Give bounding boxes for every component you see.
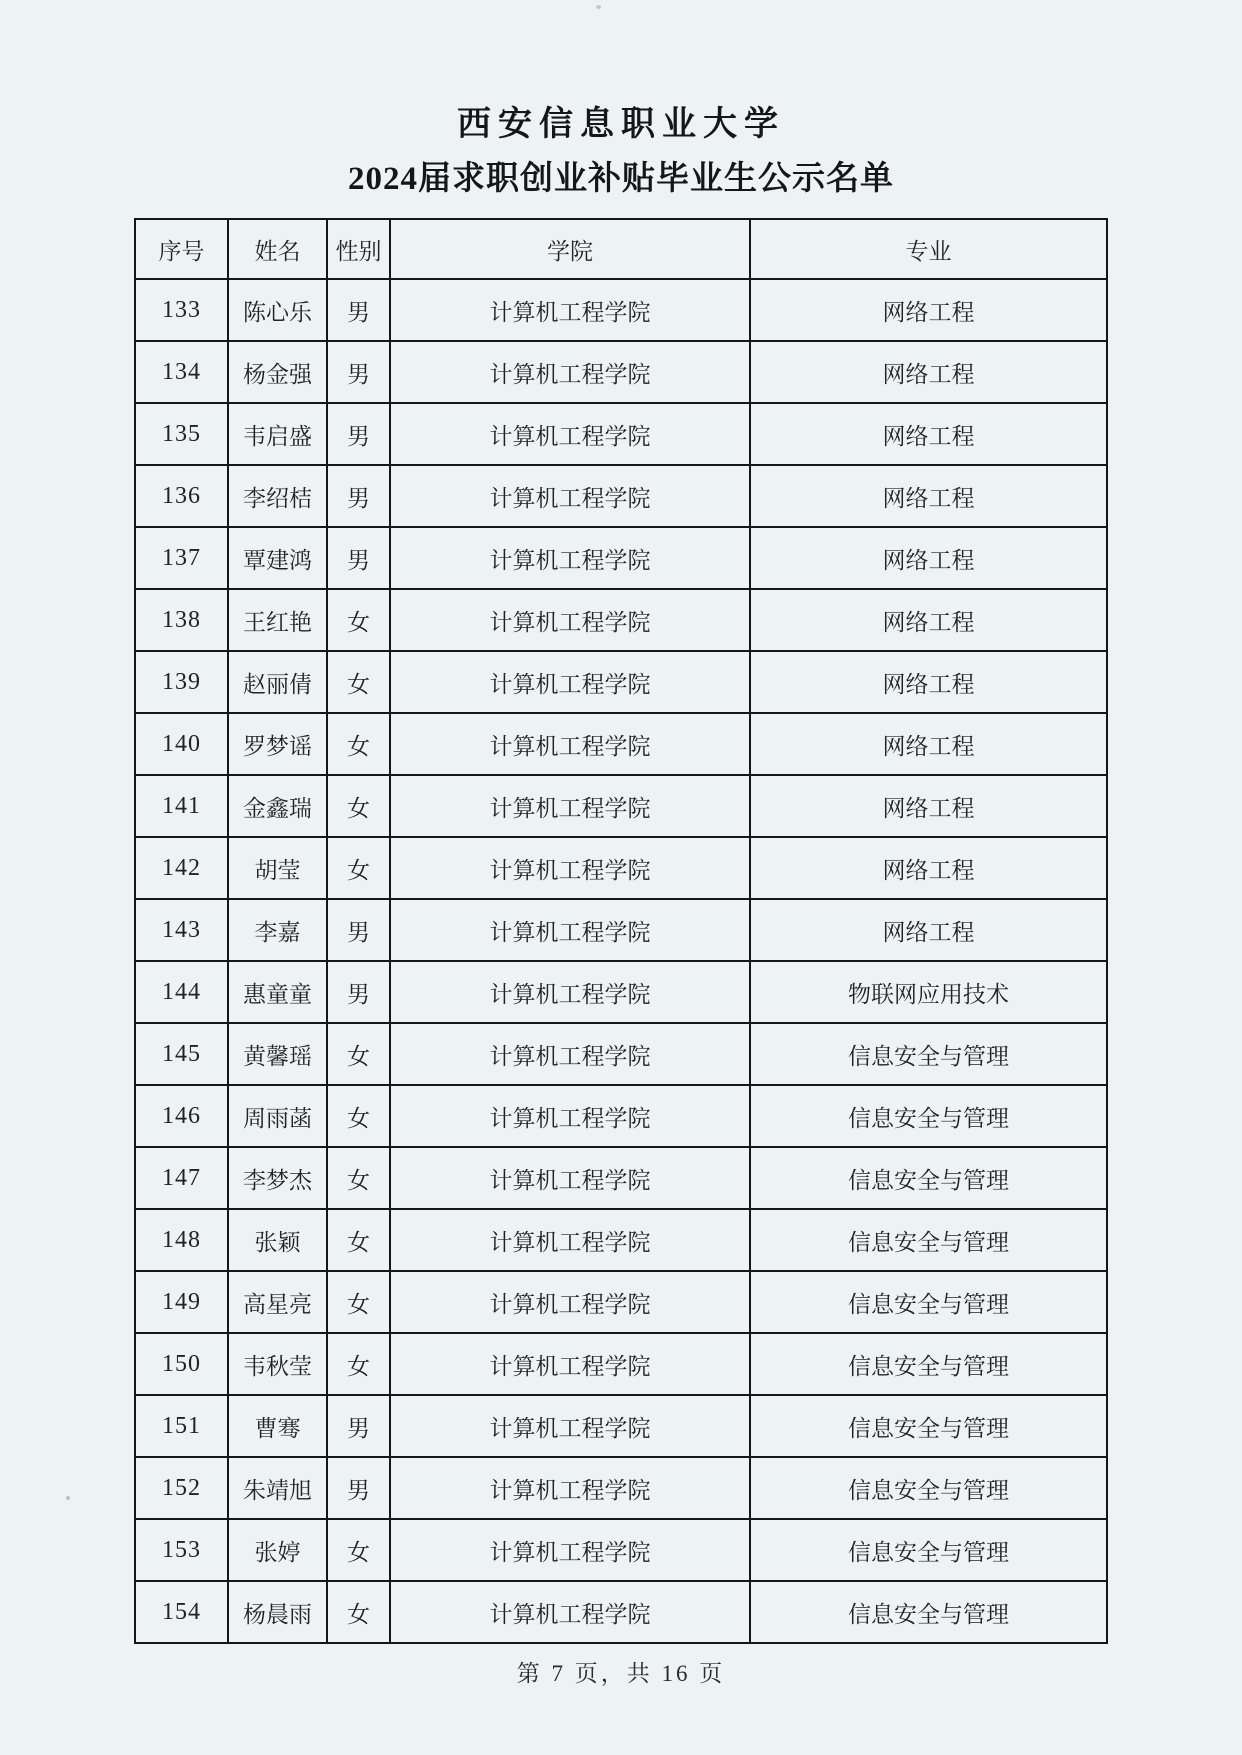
table-row: 152朱靖旭男计算机工程学院信息安全与管理 <box>135 1457 1107 1519</box>
cell-major: 信息安全与管理 <box>750 1581 1107 1643</box>
cell-name: 周雨菡 <box>228 1085 327 1147</box>
cell-college: 计算机工程学院 <box>390 713 750 775</box>
cell-name: 杨金强 <box>228 341 327 403</box>
cell-major: 信息安全与管理 <box>750 1271 1107 1333</box>
cell-major: 网络工程 <box>750 837 1107 899</box>
cell-college: 计算机工程学院 <box>390 1085 750 1147</box>
cell-name: 覃建鸿 <box>228 527 327 589</box>
cell-gender: 女 <box>327 775 390 837</box>
header-gender: 性别 <box>327 219 390 279</box>
table-row: 151曹骞男计算机工程学院信息安全与管理 <box>135 1395 1107 1457</box>
scan-artifact-dot <box>596 5 601 9</box>
cell-name: 张颖 <box>228 1209 327 1271</box>
cell-gender: 女 <box>327 1209 390 1271</box>
cell-major: 网络工程 <box>750 651 1107 713</box>
cell-college: 计算机工程学院 <box>390 775 750 837</box>
cell-name: 黄馨瑶 <box>228 1023 327 1085</box>
cell-major: 网络工程 <box>750 341 1107 403</box>
page-subtitle: 2024届求职创业补贴毕业生公示名单 <box>0 152 1242 199</box>
cell-college: 计算机工程学院 <box>390 1395 750 1457</box>
cell-gender: 女 <box>327 837 390 899</box>
cell-major: 网络工程 <box>750 527 1107 589</box>
cell-gender: 女 <box>327 1333 390 1395</box>
cell-index: 149 <box>135 1271 228 1333</box>
cell-college: 计算机工程学院 <box>390 899 750 961</box>
header-index: 序号 <box>135 219 228 279</box>
cell-major: 信息安全与管理 <box>750 1147 1107 1209</box>
cell-major: 网络工程 <box>750 775 1107 837</box>
cell-major: 网络工程 <box>750 279 1107 341</box>
cell-index: 146 <box>135 1085 228 1147</box>
cell-gender: 男 <box>327 465 390 527</box>
cell-gender: 女 <box>327 1085 390 1147</box>
cell-name: 惠童童 <box>228 961 327 1023</box>
cell-major: 信息安全与管理 <box>750 1333 1107 1395</box>
cell-gender: 女 <box>327 1581 390 1643</box>
cell-index: 150 <box>135 1333 228 1395</box>
cell-index: 145 <box>135 1023 228 1085</box>
cell-name: 李梦杰 <box>228 1147 327 1209</box>
cell-major: 网络工程 <box>750 403 1107 465</box>
cell-gender: 男 <box>327 1395 390 1457</box>
cell-major: 网络工程 <box>750 589 1107 651</box>
cell-college: 计算机工程学院 <box>390 403 750 465</box>
cell-name: 韦秋莹 <box>228 1333 327 1395</box>
header-name: 姓名 <box>228 219 327 279</box>
cell-index: 137 <box>135 527 228 589</box>
cell-gender: 男 <box>327 341 390 403</box>
cell-name: 韦启盛 <box>228 403 327 465</box>
cell-name: 金鑫瑞 <box>228 775 327 837</box>
table-row: 148张颖女计算机工程学院信息安全与管理 <box>135 1209 1107 1271</box>
cell-major: 信息安全与管理 <box>750 1023 1107 1085</box>
table-row: 154杨晨雨女计算机工程学院信息安全与管理 <box>135 1581 1107 1643</box>
cell-gender: 女 <box>327 1519 390 1581</box>
cell-major: 网络工程 <box>750 899 1107 961</box>
cell-college: 计算机工程学院 <box>390 837 750 899</box>
cell-major: 信息安全与管理 <box>750 1457 1107 1519</box>
cell-name: 杨晨雨 <box>228 1581 327 1643</box>
cell-college: 计算机工程学院 <box>390 1209 750 1271</box>
table-row: 150韦秋莹女计算机工程学院信息安全与管理 <box>135 1333 1107 1395</box>
table-header-row: 序号 姓名 性别 学院 专业 <box>135 219 1107 279</box>
cell-college: 计算机工程学院 <box>390 341 750 403</box>
cell-college: 计算机工程学院 <box>390 961 750 1023</box>
scan-artifact-dot <box>66 1496 70 1500</box>
cell-college: 计算机工程学院 <box>390 1023 750 1085</box>
cell-gender: 男 <box>327 1457 390 1519</box>
cell-index: 153 <box>135 1519 228 1581</box>
cell-college: 计算机工程学院 <box>390 1581 750 1643</box>
header-college: 学院 <box>390 219 750 279</box>
cell-major: 信息安全与管理 <box>750 1395 1107 1457</box>
cell-college: 计算机工程学院 <box>390 1271 750 1333</box>
cell-name: 王红艳 <box>228 589 327 651</box>
cell-index: 147 <box>135 1147 228 1209</box>
table-row: 145黄馨瑶女计算机工程学院信息安全与管理 <box>135 1023 1107 1085</box>
table-row: 149高星亮女计算机工程学院信息安全与管理 <box>135 1271 1107 1333</box>
cell-college: 计算机工程学院 <box>390 1333 750 1395</box>
cell-college: 计算机工程学院 <box>390 527 750 589</box>
cell-gender: 女 <box>327 1147 390 1209</box>
cell-name: 陈心乐 <box>228 279 327 341</box>
cell-index: 154 <box>135 1581 228 1643</box>
cell-major: 网络工程 <box>750 713 1107 775</box>
cell-college: 计算机工程学院 <box>390 465 750 527</box>
cell-index: 136 <box>135 465 228 527</box>
header-major: 专业 <box>750 219 1107 279</box>
cell-gender: 男 <box>327 403 390 465</box>
cell-college: 计算机工程学院 <box>390 1147 750 1209</box>
cell-index: 138 <box>135 589 228 651</box>
cell-index: 143 <box>135 899 228 961</box>
table-row: 139赵丽倩女计算机工程学院网络工程 <box>135 651 1107 713</box>
table-row: 138王红艳女计算机工程学院网络工程 <box>135 589 1107 651</box>
graduate-roster-table: 序号 姓名 性别 学院 专业 133陈心乐男计算机工程学院网络工程134杨金强男… <box>134 218 1108 1644</box>
cell-gender: 男 <box>327 527 390 589</box>
cell-index: 139 <box>135 651 228 713</box>
cell-major: 信息安全与管理 <box>750 1085 1107 1147</box>
cell-name: 曹骞 <box>228 1395 327 1457</box>
table-body: 133陈心乐男计算机工程学院网络工程134杨金强男计算机工程学院网络工程135韦… <box>135 279 1107 1643</box>
cell-index: 141 <box>135 775 228 837</box>
cell-gender: 女 <box>327 1271 390 1333</box>
table-row: 133陈心乐男计算机工程学院网络工程 <box>135 279 1107 341</box>
cell-college: 计算机工程学院 <box>390 1519 750 1581</box>
cell-name: 李嘉 <box>228 899 327 961</box>
cell-name: 罗梦谣 <box>228 713 327 775</box>
table-row: 135韦启盛男计算机工程学院网络工程 <box>135 403 1107 465</box>
table-row: 143李嘉男计算机工程学院网络工程 <box>135 899 1107 961</box>
cell-name: 高星亮 <box>228 1271 327 1333</box>
table-row: 137覃建鸿男计算机工程学院网络工程 <box>135 527 1107 589</box>
cell-index: 142 <box>135 837 228 899</box>
scanned-document-page: 西安信息职业大学 2024届求职创业补贴毕业生公示名单 序号 姓名 性别 学院 … <box>0 0 1242 1755</box>
table-row: 136李绍桔男计算机工程学院网络工程 <box>135 465 1107 527</box>
cell-college: 计算机工程学院 <box>390 651 750 713</box>
table-row: 147李梦杰女计算机工程学院信息安全与管理 <box>135 1147 1107 1209</box>
cell-index: 133 <box>135 279 228 341</box>
cell-college: 计算机工程学院 <box>390 589 750 651</box>
table-row: 141金鑫瑞女计算机工程学院网络工程 <box>135 775 1107 837</box>
cell-index: 152 <box>135 1457 228 1519</box>
cell-major: 物联网应用技术 <box>750 961 1107 1023</box>
cell-college: 计算机工程学院 <box>390 1457 750 1519</box>
page-number-footer: 第 7 页，共 16 页 <box>0 1655 1242 1688</box>
cell-gender: 女 <box>327 1023 390 1085</box>
cell-name: 胡莹 <box>228 837 327 899</box>
cell-index: 151 <box>135 1395 228 1457</box>
cell-name: 李绍桔 <box>228 465 327 527</box>
cell-gender: 男 <box>327 899 390 961</box>
table-row: 142胡莹女计算机工程学院网络工程 <box>135 837 1107 899</box>
cell-index: 148 <box>135 1209 228 1271</box>
table-row: 146周雨菡女计算机工程学院信息安全与管理 <box>135 1085 1107 1147</box>
page-title: 西安信息职业大学 <box>0 96 1242 145</box>
cell-index: 140 <box>135 713 228 775</box>
table-row: 140罗梦谣女计算机工程学院网络工程 <box>135 713 1107 775</box>
cell-gender: 女 <box>327 589 390 651</box>
cell-major: 信息安全与管理 <box>750 1209 1107 1271</box>
cell-college: 计算机工程学院 <box>390 279 750 341</box>
cell-major: 网络工程 <box>750 465 1107 527</box>
table-row: 144惠童童男计算机工程学院物联网应用技术 <box>135 961 1107 1023</box>
cell-name: 赵丽倩 <box>228 651 327 713</box>
cell-gender: 女 <box>327 651 390 713</box>
cell-index: 134 <box>135 341 228 403</box>
cell-gender: 男 <box>327 279 390 341</box>
cell-name: 朱靖旭 <box>228 1457 327 1519</box>
cell-index: 135 <box>135 403 228 465</box>
cell-name: 张婷 <box>228 1519 327 1581</box>
cell-gender: 女 <box>327 713 390 775</box>
table-row: 153张婷女计算机工程学院信息安全与管理 <box>135 1519 1107 1581</box>
cell-index: 144 <box>135 961 228 1023</box>
cell-major: 信息安全与管理 <box>750 1519 1107 1581</box>
cell-gender: 男 <box>327 961 390 1023</box>
table-row: 134杨金强男计算机工程学院网络工程 <box>135 341 1107 403</box>
